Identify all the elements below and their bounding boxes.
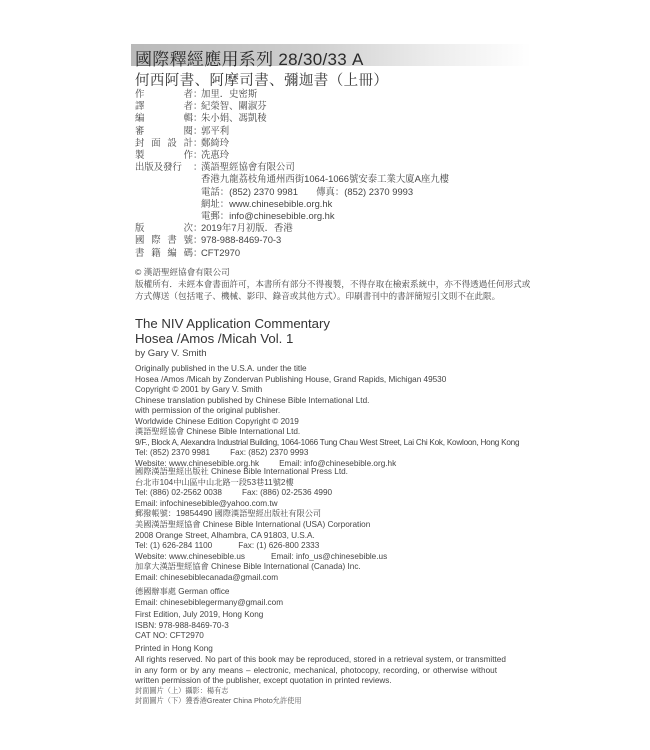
publisher-website: 網址：www.chinesebible.org.hk: [135, 198, 449, 210]
credit-label: 譯者: [135, 100, 193, 112]
info-line: Originally published in the U.S.A. under…: [135, 364, 446, 375]
edition-line: First Edition, July 2019, Hong Kong: [135, 610, 263, 621]
credit-editor: 編輯 ：朱小娟、馮凱稜: [135, 112, 449, 124]
original-publication-info: Originally published in the U.S.A. under…: [135, 364, 446, 428]
credit-value: 朱小娟、馮凱稜: [201, 112, 267, 124]
office-email: Email: chinesebiblegermany@gmail.com: [135, 598, 283, 609]
credit-label: 封面設計: [135, 137, 193, 149]
copyright-notice-line: 方式傳送（包括電子、機械、影印、錄音或其他方式）。印刷書刊中的書評簡短引文則不在…: [135, 290, 530, 302]
credit-value: 漢語聖經協會有限公司: [201, 161, 295, 173]
book-title: 何西阿書、阿摩司書、彌迦書（上冊）: [135, 69, 388, 90]
info-line: Chinese translation published by Chinese…: [135, 396, 446, 407]
info-line: Worldwide Chinese Edition Copyright © 20…: [135, 417, 446, 428]
chinese-copyright: © 漢語聖經協會有限公司 版權所有．未經本會書面許可，本書所有部分不得複製，不得…: [135, 266, 530, 302]
catalog-line: CAT NO: CFT2970: [135, 631, 263, 642]
volume-title-en: Hosea /Amos /Micah Vol. 1: [135, 331, 330, 346]
office-address: 2008 Orange Street, Alhambra, CA 91803, …: [135, 531, 387, 542]
cover-image-credits: 封面圖片（上）攝影：楊有志 封面圖片（下）獲香港Greater China Ph…: [135, 686, 302, 706]
credit-label: 編輯: [135, 112, 193, 124]
isbn-row: 國際書號 ：978-988-8469-70-3: [135, 234, 449, 246]
cover-credit-line: 封面圖片（下）獲香港Greater China Photo允許使用: [135, 696, 302, 706]
office-name: 漢語聖經協會 Chinese Bible International Ltd.: [135, 427, 519, 438]
credit-value: 加里．史密斯: [201, 88, 257, 100]
rights-notice: All rights reserved. No part of this boo…: [135, 655, 497, 687]
office-name: 國際漢語聖經出版社 Chinese Bible International Pr…: [135, 467, 348, 478]
printed-location: Printed in Hong Kong: [135, 644, 213, 655]
credit-value: 冼惠玲: [201, 149, 229, 161]
publisher-address: 香港九龍荔枝角通州西街1064-1066號安泰工業大廈A座九樓: [135, 173, 449, 185]
catalog-code-row: 書籍編碼 ：CFT2970: [135, 247, 449, 259]
english-author: by Gary V. Smith: [135, 348, 207, 359]
office-email: Email: info_us@chinesebible.us: [271, 552, 387, 561]
english-title: The NIV Application Commentary Hosea /Am…: [135, 316, 330, 346]
credit-value: 鄭綺玲: [201, 137, 229, 149]
credit-label: 製作: [135, 149, 193, 161]
credit-reviewer: 審閱 ：郭平利: [135, 125, 449, 137]
cover-credit-line: 封面圖片（上）攝影：楊有志: [135, 686, 302, 696]
info-line: with permission of the original publishe…: [135, 406, 446, 417]
office-canada: 加拿大漢語聖經協會 Chinese Bible International (C…: [135, 562, 361, 583]
office-name: 加拿大漢語聖經協會 Chinese Bible International (C…: [135, 562, 361, 573]
office-email: Email: infochinesebible@yahoo.com.tw: [135, 499, 348, 510]
credit-label: 國際書號: [135, 234, 193, 246]
credit-label: 審閱: [135, 125, 193, 137]
credit-value: 978-988-8469-70-3: [201, 234, 281, 246]
credit-label: 作者: [135, 88, 193, 100]
copyright-holder: © 漢語聖經協會有限公司: [135, 266, 530, 278]
credit-value: CFT2970: [201, 247, 240, 259]
credit-publisher: 出版及發行 ：漢語聖經協會有限公司: [135, 161, 449, 173]
credit-cover-design: 封面設計 ：鄭綺玲: [135, 137, 449, 149]
office-contact: Tel: (1) 626-284 1100Fax: (1) 626-800 23…: [135, 541, 387, 552]
office-hong-kong: 漢語聖經協會 Chinese Bible International Ltd. …: [135, 427, 519, 469]
office-name: 德國辦事處 German office: [135, 587, 283, 598]
office-address: 9/F., Block A, Alexandra Industrial Buil…: [135, 438, 519, 449]
credits-block: 作者 ：加里．史密斯 譯者 ：紀榮智、關淑芬 編輯 ：朱小娟、馮凱稜 審閱 ：郭…: [135, 88, 449, 259]
office-contact: Tel: (886) 02-2562 0038Fax: (886) 02-253…: [135, 488, 348, 499]
credit-author: 作者 ：加里．史密斯: [135, 88, 449, 100]
rights-line: in any form or by any means – electronic…: [135, 666, 497, 677]
office-tel: Tel: (886) 02-2562 0038: [135, 488, 222, 497]
credit-value: 郭平利: [201, 125, 229, 137]
info-line: Copyright © 2001 by Gary V. Smith: [135, 385, 446, 396]
office-taiwan: 國際漢語聖經出版社 Chinese Bible International Pr…: [135, 467, 348, 520]
credit-value: 紀榮智、關淑芬: [201, 100, 267, 112]
publisher-phone-fax: 電話：(852) 2370 9981 傳真：(852) 2370 9993: [135, 186, 449, 198]
office-contact: Tel: (852) 2370 9981Fax: (852) 2370 9993: [135, 448, 519, 459]
credit-translator: 譯者 ：紀榮智、關淑芬: [135, 100, 449, 112]
isbn-line: ISBN: 978-988-8469-70-3: [135, 621, 263, 632]
office-usa: 美國漢語聖經協會 Chinese Bible International (US…: [135, 520, 387, 562]
office-fax: Fax: (886) 02-2536 4990: [242, 488, 332, 497]
credit-label: 書籍編碼: [135, 247, 193, 259]
office-postal-account: 郵撥帳號：19854490 國際漢語聖經出版社有限公司: [135, 509, 348, 520]
office-tel: Tel: (852) 2370 9981: [135, 448, 210, 457]
edition-row: 版次 ：2019年7月初版．香港: [135, 222, 449, 234]
office-email: Email: chinesebiblecanada@gmail.com: [135, 573, 361, 584]
office-web: Website: www.chinesebible.usEmail: info_…: [135, 552, 387, 563]
office-website: Website: www.chinesebible.us: [135, 552, 245, 561]
credit-label: 版次: [135, 222, 193, 234]
info-line: Hosea /Amos /Micah by Zondervan Publishi…: [135, 375, 446, 386]
publisher-email: 電郵：info@chinesebible.org.hk: [135, 210, 449, 222]
copyright-notice-line: 版權所有．未經本會書面許可，本書所有部分不得複製，不得存取在檢索系統中，亦不得透…: [135, 278, 530, 290]
series-name-en: The NIV Application Commentary: [135, 316, 330, 331]
office-name: 美國漢語聖經協會 Chinese Bible International (US…: [135, 520, 387, 531]
credit-value: 2019年7月初版．香港: [201, 222, 293, 234]
edition-info-en: First Edition, July 2019, Hong Kong ISBN…: [135, 610, 263, 642]
series-title: 國際釋經應用系列 28/30/33 A: [135, 45, 364, 70]
office-germany: 德國辦事處 German office Email: chinesebibleg…: [135, 587, 283, 608]
rights-line: All rights reserved. No part of this boo…: [135, 655, 497, 666]
office-fax: Fax: (852) 2370 9993: [230, 448, 308, 457]
credit-production: 製作 ：冼惠玲: [135, 149, 449, 161]
office-tel: Tel: (1) 626-284 1100: [135, 541, 212, 550]
office-fax: Fax: (1) 626-800 2333: [238, 541, 319, 550]
office-address: 台北市104中山區中山北路一段53巷11號2樓: [135, 478, 348, 489]
credit-label: 出版及發行: [135, 161, 193, 173]
